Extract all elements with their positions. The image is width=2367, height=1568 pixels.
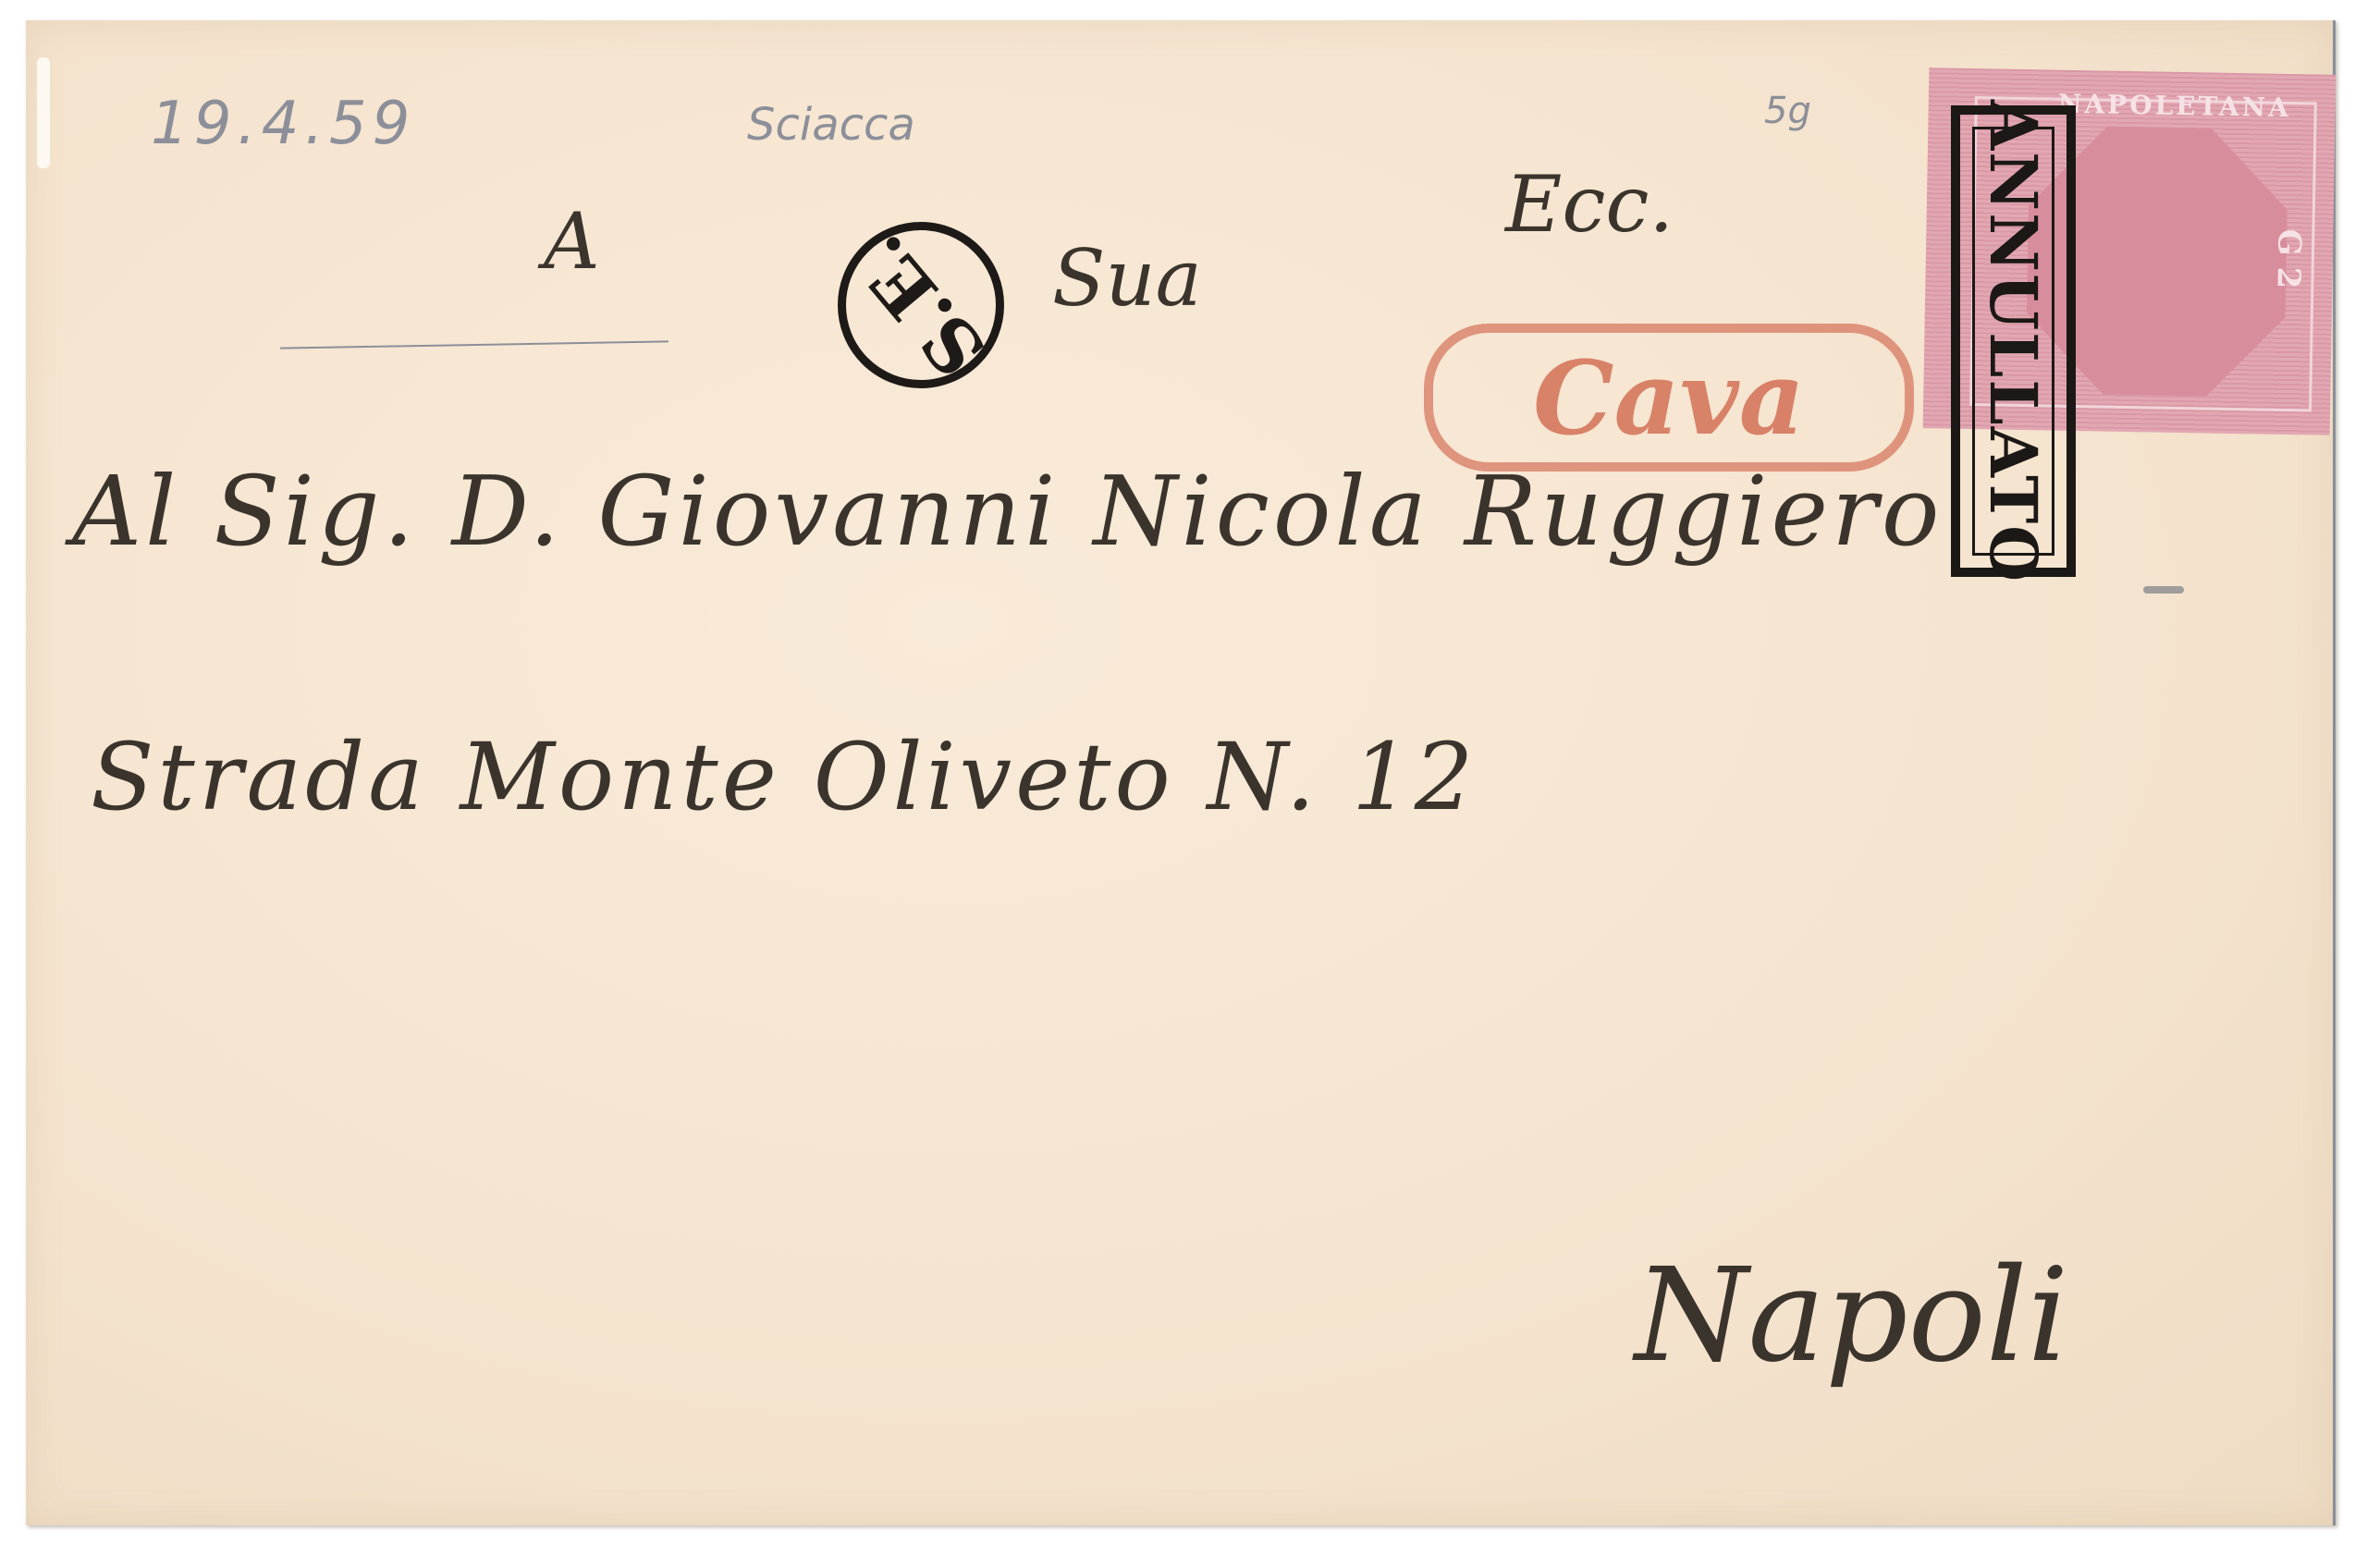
pencil-rule <box>280 340 668 349</box>
annullato-cancel: ANNULLATO <box>1951 105 2076 577</box>
ink-smudge <box>2143 586 2184 594</box>
salutation-a: A <box>544 196 600 287</box>
round-postmark: S.E. <box>838 222 1004 388</box>
postal-cover: 19.4.59 Sciacca 5g A Sua Ecc. S.E. Cava … <box>26 20 2336 1525</box>
origin-postmark: Cava <box>1424 324 1914 472</box>
salutation-ecc: Ecc. <box>1505 159 1674 250</box>
address-line: Strada Monte Oliveto N. 12 <box>91 723 1477 831</box>
pencil-value-note: 5g <box>1764 90 1811 132</box>
paper-fold <box>37 57 50 168</box>
round-postmark-text: S.E. <box>839 219 1002 392</box>
city-line: Napoli <box>1635 1241 2068 1391</box>
salutation-sua: Sua <box>1052 233 1202 324</box>
stamp-denomination-text: G 2 <box>2270 228 2308 288</box>
cancel-text: ANNULLATO <box>1975 99 2052 582</box>
stamp-country-text: NAPOLETANA <box>2057 89 2291 123</box>
origin-postmark-text: Cava <box>1533 338 1805 458</box>
pencil-date-note: 19.4.59 <box>151 90 415 158</box>
recipient-line: Al Sig. D. Giovanni Nicola Ruggiero <box>72 455 1943 568</box>
pencil-signature-note: Sciacca <box>747 99 915 151</box>
